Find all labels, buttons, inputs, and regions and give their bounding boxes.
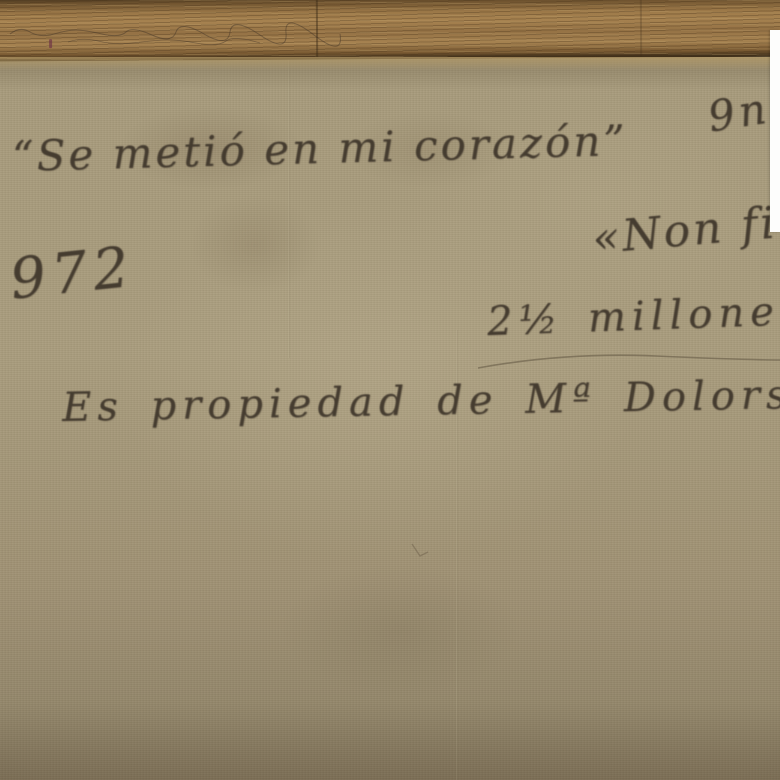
painting-verso-photo: “Se metió en mi corazón” 9n «Non fin 972… <box>0 0 780 780</box>
inscription-amount: 2½ millone <box>486 292 780 342</box>
inscription-corner-mark: 9n <box>705 87 773 138</box>
wood-joint-line <box>640 0 642 57</box>
amount-underline-stroke <box>476 346 780 376</box>
inscription-number: 972 <box>7 240 137 309</box>
illegible-pencil-scribble <box>8 22 348 50</box>
canvas-fold-line <box>288 58 290 358</box>
wood-lower-edge-highlight <box>0 57 780 70</box>
faint-scratch-mark <box>408 540 432 564</box>
photo-background-gap <box>770 30 780 232</box>
